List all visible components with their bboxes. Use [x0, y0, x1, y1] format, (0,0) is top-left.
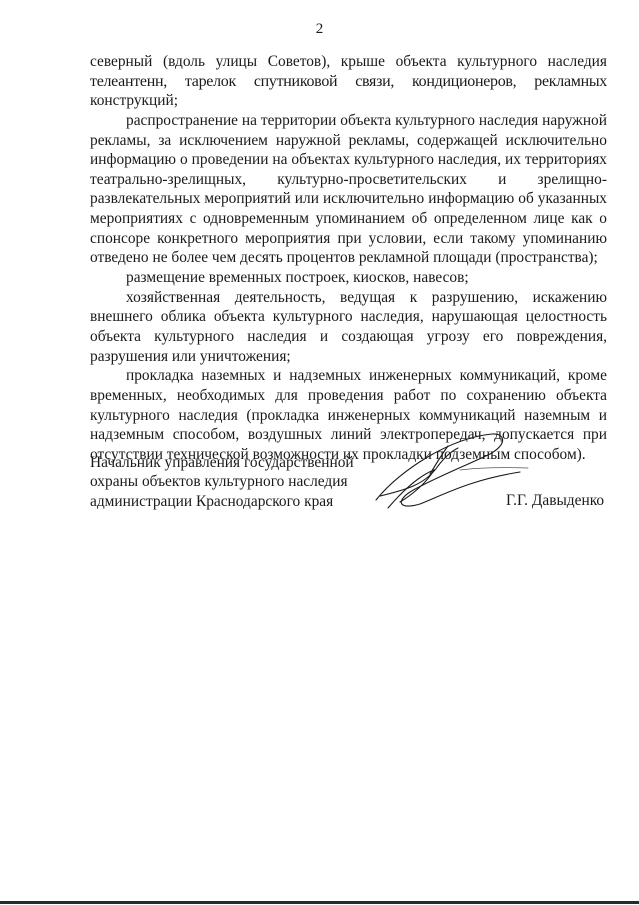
text-line: театрально-зрелищных, культурно-просвети…	[90, 170, 607, 190]
text-line: прокладка наземных и надземных инженерны…	[90, 366, 607, 386]
position-line: охраны объектов культурного наследия	[90, 472, 390, 491]
signatory-name: Г.Г. Давыденко	[506, 492, 604, 510]
position-line: администрации Краснодарского края	[90, 492, 390, 511]
document-body: северный (вдоль улицы Советов), крыше об…	[90, 52, 607, 464]
text-line: мероприятиях с одновременным упоминанием…	[90, 209, 607, 229]
text-line: объекта культурного наследия и создающая…	[90, 327, 607, 347]
text-line: телеантенн, тарелок спутниковой связи, к…	[90, 72, 607, 92]
text-line: культурного наследия (прокладка инженерн…	[90, 406, 607, 426]
text-line: хозяйственная деятельность, ведущая к ра…	[90, 288, 607, 308]
text-line: северный (вдоль улицы Советов), крыше об…	[90, 52, 607, 72]
text-line: отведено не более чем десять процентов р…	[90, 248, 607, 268]
text-line: рекламы, за исключением наружной рекламы…	[90, 131, 607, 151]
text-line: информацию о проведении на объектах куль…	[90, 150, 607, 170]
text-line: временных, необходимых для проведения ра…	[90, 386, 607, 406]
signatory-position: Начальник управления государственной охр…	[90, 453, 390, 511]
text-line: размещение временных построек, киосков, …	[90, 268, 607, 288]
text-line: внешнего облика объекта культурного насл…	[90, 307, 607, 327]
page-number: 2	[0, 21, 639, 38]
text-line: развлекательных мероприятий или исключит…	[90, 189, 607, 209]
text-line: спонсоре конкретного мероприятия при усл…	[90, 229, 607, 249]
text-line: разрушения или уничтожения;	[90, 347, 607, 367]
text-line: распространение на территории объекта ку…	[90, 111, 607, 131]
position-line: Начальник управления государственной	[90, 453, 390, 472]
page-bottom-edge	[0, 901, 639, 904]
text-line: конструкций;	[90, 91, 607, 111]
